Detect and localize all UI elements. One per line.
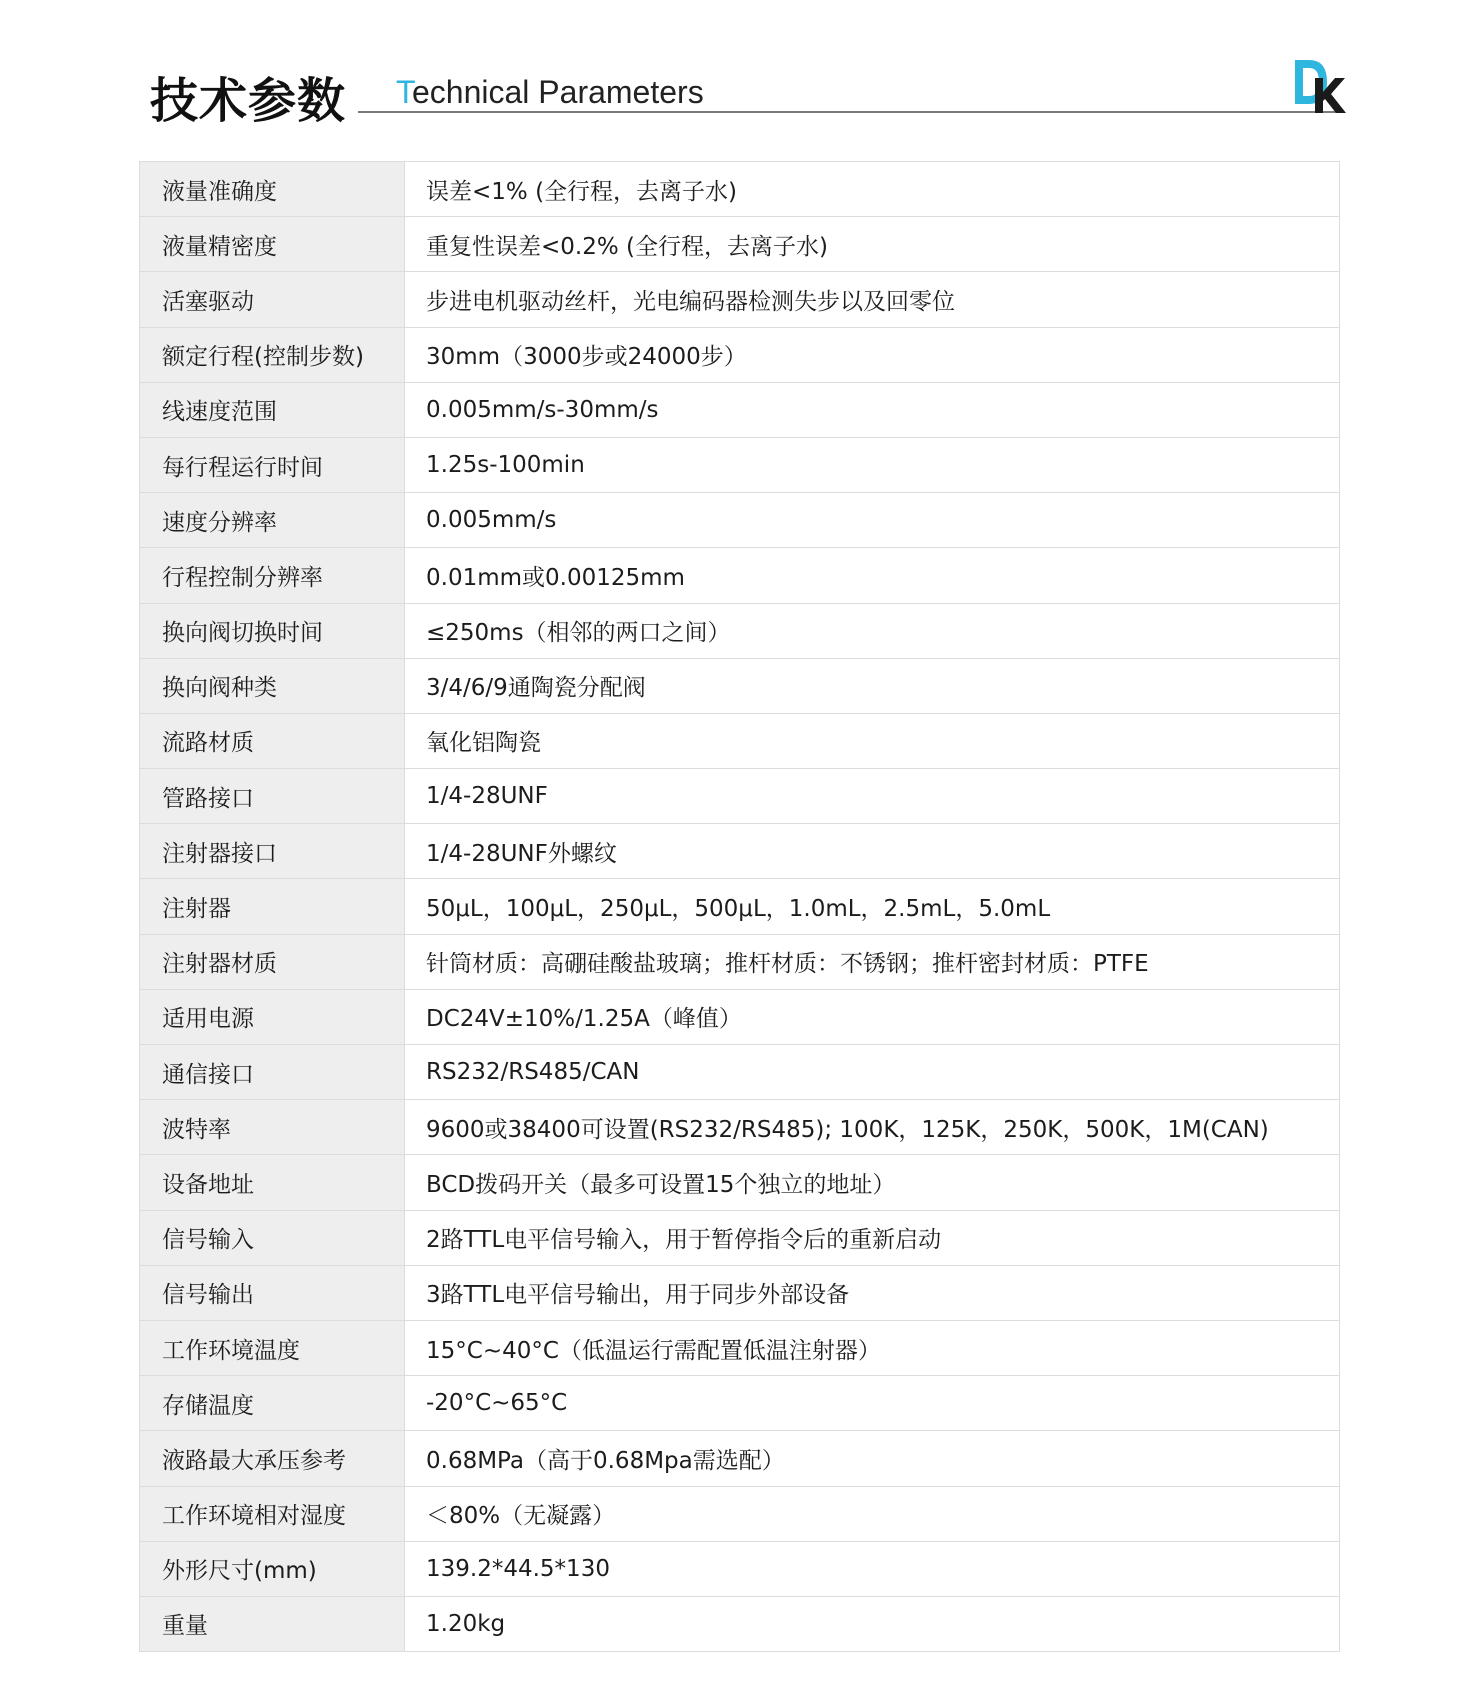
spec-row: 换向阀切换时间≤250ms（相邻的两口之间）	[140, 603, 1340, 658]
spec-label: 活塞驱动	[140, 272, 405, 327]
spec-label: 信号输出	[140, 1265, 405, 1320]
spec-row: 通信接口RS232/RS485/CAN	[140, 1045, 1340, 1100]
spec-row: 适用电源DC24V±10%/1.25A（峰值）	[140, 989, 1340, 1044]
spec-label: 液量准确度	[140, 162, 405, 217]
spec-label: 注射器接口	[140, 824, 405, 879]
spec-value: RS232/RS485/CAN	[405, 1045, 1340, 1100]
spec-row: 外形尺寸(mm)139.2*44.5*130	[140, 1541, 1340, 1596]
page-header: 技术参数 Technical Parameters	[0, 0, 1480, 130]
spec-row: 换向阀种类3/4/6/9通陶瓷分配阀	[140, 658, 1340, 713]
page-title-english: Technical Parameters	[396, 74, 704, 111]
spec-row: 活塞驱动步进电机驱动丝杆，光电编码器检测失步以及回零位	[140, 272, 1340, 327]
spec-label: 注射器材质	[140, 934, 405, 989]
spec-row: 波特率9600或38400可设置(RS232/RS485); 100K，125K…	[140, 1100, 1340, 1155]
spec-label: 每行程运行时间	[140, 437, 405, 492]
spec-row: 注射器材质针筒材质：高硼硅酸盐玻璃；推杆材质：不锈钢；推杆密封材质：PTFE	[140, 934, 1340, 989]
spec-label: 外形尺寸(mm)	[140, 1541, 405, 1596]
dk-logo-icon	[1293, 58, 1347, 114]
spec-label: 重量	[140, 1596, 405, 1651]
spec-row: 工作环境温度15°C~40°C（低温运行需配置低温注射器）	[140, 1320, 1340, 1375]
spec-row: 液量精密度重复性误差<0.2% (全行程，去离子水)	[140, 217, 1340, 272]
spec-label: 适用电源	[140, 989, 405, 1044]
spec-row: 工作环境相对湿度＜80%（无凝露）	[140, 1486, 1340, 1541]
spec-label: 额定行程(控制步数)	[140, 327, 405, 382]
spec-label: 通信接口	[140, 1045, 405, 1100]
spec-value: 1.25s-100min	[405, 437, 1340, 492]
spec-label: 工作环境相对湿度	[140, 1486, 405, 1541]
page-title-chinese: 技术参数	[150, 62, 346, 131]
spec-value: 3/4/6/9通陶瓷分配阀	[405, 658, 1340, 713]
spec-value: 3路TTL电平信号输出，用于同步外部设备	[405, 1265, 1340, 1320]
spec-row: 每行程运行时间1.25s-100min	[140, 437, 1340, 492]
spec-value: 步进电机驱动丝杆，光电编码器检测失步以及回零位	[405, 272, 1340, 327]
spec-label: 液路最大承压参考	[140, 1431, 405, 1486]
spec-label: 信号输入	[140, 1210, 405, 1265]
spec-value: DC24V±10%/1.25A（峰值）	[405, 989, 1340, 1044]
spec-value: ≤250ms（相邻的两口之间）	[405, 603, 1340, 658]
spec-row: 信号输入2路TTL电平信号输入，用于暂停指令后的重新启动	[140, 1210, 1340, 1265]
spec-value: 0.01mm或0.00125mm	[405, 548, 1340, 603]
spec-label: 液量精密度	[140, 217, 405, 272]
spec-value: 0.68MPa（高于0.68Mpa需选配）	[405, 1431, 1340, 1486]
spec-label: 速度分辨率	[140, 493, 405, 548]
spec-label: 换向阀种类	[140, 658, 405, 713]
spec-row: 行程控制分辨率0.01mm或0.00125mm	[140, 548, 1340, 603]
spec-value: 0.005mm/s	[405, 493, 1340, 548]
spec-value: 针筒材质：高硼硅酸盐玻璃；推杆材质：不锈钢；推杆密封材质：PTFE	[405, 934, 1340, 989]
spec-row: 注射器接口1/4-28UNF外螺纹	[140, 824, 1340, 879]
spec-value: -20°C~65°C	[405, 1376, 1340, 1431]
spec-label: 波特率	[140, 1100, 405, 1155]
spec-row: 液量准确度误差<1% (全行程，去离子水)	[140, 162, 1340, 217]
spec-value: 2路TTL电平信号输入，用于暂停指令后的重新启动	[405, 1210, 1340, 1265]
spec-row: 液路最大承压参考0.68MPa（高于0.68Mpa需选配）	[140, 1431, 1340, 1486]
spec-label: 注射器	[140, 879, 405, 934]
spec-label: 行程控制分辨率	[140, 548, 405, 603]
spec-row: 额定行程(控制步数)30mm（3000步或24000步）	[140, 327, 1340, 382]
spec-row: 重量1.20kg	[140, 1596, 1340, 1651]
spec-label: 换向阀切换时间	[140, 603, 405, 658]
spec-row: 速度分辨率0.005mm/s	[140, 493, 1340, 548]
spec-label: 存储温度	[140, 1376, 405, 1431]
spec-value: 0.005mm/s-30mm/s	[405, 382, 1340, 437]
spec-row: 管路接口1/4-28UNF	[140, 769, 1340, 824]
spec-value: 误差<1% (全行程，去离子水)	[405, 162, 1340, 217]
spec-label: 管路接口	[140, 769, 405, 824]
spec-value: 1.20kg	[405, 1596, 1340, 1651]
spec-value: 50μL，100μL，250μL，500μL，1.0mL，2.5mL，5.0mL	[405, 879, 1340, 934]
spec-row: 注射器50μL，100μL，250μL，500μL，1.0mL，2.5mL，5.…	[140, 879, 1340, 934]
spec-label: 设备地址	[140, 1155, 405, 1210]
spec-value: BCD拨码开关（最多可设置15个独立的地址）	[405, 1155, 1340, 1210]
title-english-rest: echnical Parameters	[412, 74, 704, 110]
spec-value: 1/4-28UNF	[405, 769, 1340, 824]
title-underline-divider	[358, 111, 1344, 113]
spec-label: 工作环境温度	[140, 1320, 405, 1375]
spec-row: 线速度范围0.005mm/s-30mm/s	[140, 382, 1340, 437]
title-accent-letter: T	[396, 74, 412, 110]
spec-value: 30mm（3000步或24000步）	[405, 327, 1340, 382]
spec-value: 9600或38400可设置(RS232/RS485); 100K，125K，25…	[405, 1100, 1340, 1155]
spec-value: 氧化铝陶瓷	[405, 713, 1340, 768]
spec-row: 设备地址BCD拨码开关（最多可设置15个独立的地址）	[140, 1155, 1340, 1210]
spec-value: 139.2*44.5*130	[405, 1541, 1340, 1596]
spec-value: 重复性误差<0.2% (全行程，去离子水)	[405, 217, 1340, 272]
spec-row: 信号输出3路TTL电平信号输出，用于同步外部设备	[140, 1265, 1340, 1320]
spec-label: 线速度范围	[140, 382, 405, 437]
technical-parameters-table: 液量准确度误差<1% (全行程，去离子水)液量精密度重复性误差<0.2% (全行…	[139, 161, 1340, 1652]
spec-label: 流路材质	[140, 713, 405, 768]
spec-value: 1/4-28UNF外螺纹	[405, 824, 1340, 879]
spec-value: ＜80%（无凝露）	[405, 1486, 1340, 1541]
spec-value: 15°C~40°C（低温运行需配置低温注射器）	[405, 1320, 1340, 1375]
spec-row: 流路材质氧化铝陶瓷	[140, 713, 1340, 768]
spec-row: 存储温度-20°C~65°C	[140, 1376, 1340, 1431]
